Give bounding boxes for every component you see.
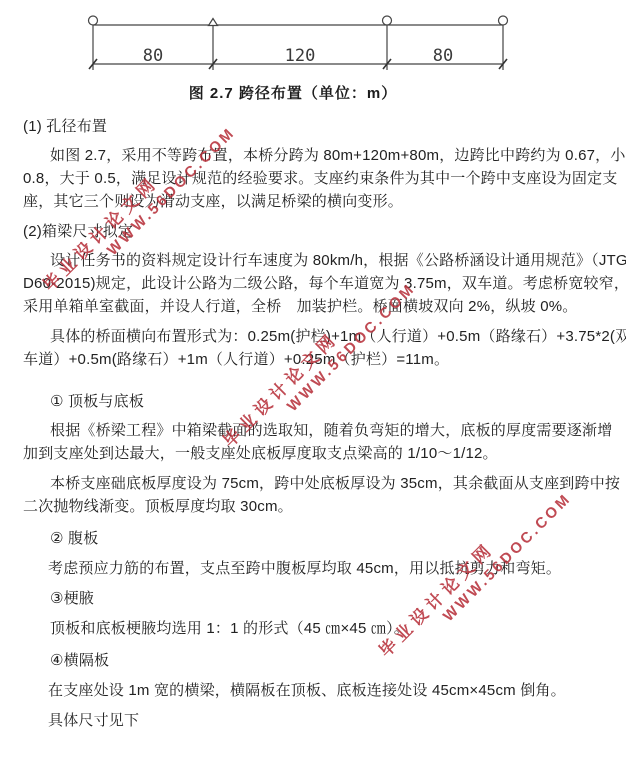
item-heading: ① 顶板与底板	[50, 393, 144, 411]
watermark-url: WWW.56DOC.COM	[440, 490, 575, 625]
paragraph-line: 具体的桥面横向布置形式为：0.25m(护栏)+1m（人行道）+0.5m（路缘石）…	[50, 328, 626, 346]
list-heading: (1) 孔径布置	[23, 118, 107, 136]
roller-support-icon	[383, 16, 392, 25]
document-page: 80 120 80 图 2.7 跨径布置（单位：m） (1) 孔径布置 如图 2…	[0, 0, 626, 762]
paragraph-line: 采用单箱单室截面，并设人行道，全桥 加装护栏。桥面横坡双向 2%，纵坡 0%。	[23, 298, 578, 316]
paragraph-line: 考虑预应力筋的布置，支点至跨中腹板厚均取 45cm，用以抵抗剪力和弯矩。	[48, 560, 561, 578]
item-heading: ② 腹板	[50, 530, 98, 548]
paragraph-line: 加到支座处到达最大，一般支座处底板厚度取支点梁高的 1/10～1/12。	[23, 445, 498, 463]
paragraph-line: 车道）+0.5m(路缘石）+1m（人行道）+0.25m（护栏）=11m。	[23, 351, 449, 369]
paragraph-line: D60-2015)规定，此设计公路为二级公路，每个车道宽为 3.75m，双车道。…	[23, 275, 626, 293]
paragraph-line: 在支座处设 1m 宽的横梁，横隔板在顶板、底板连接处设 45cm×45cm 倒角…	[48, 682, 566, 700]
paragraph-line: 0.8，大于 0.5，满足设计规范的经验要求。支座约束条件为其中一个跨中支座设为…	[23, 170, 617, 188]
paragraph-line: 设计任务书的资料规定设计行车速度为 80km/h，根据《公路桥涵设计通用规范》（…	[50, 252, 626, 270]
span-label: 80	[143, 46, 163, 66]
paragraph-line: 本桥支座础底板厚度设为 75cm，跨中处底板厚设为 35cm，其余截面从支座到跨…	[50, 475, 620, 493]
span-label: 80	[433, 46, 453, 66]
paragraph-line: 根据《桥梁工程》中箱梁截面的选取知，随着负弯矩的增大，底板的厚度需要逐渐增	[50, 422, 612, 440]
fixed-support-icon	[209, 19, 218, 26]
roller-support-icon	[499, 16, 508, 25]
span-label: 120	[285, 46, 316, 66]
figure-caption: 图 2.7 跨径布置（单位：m）	[0, 82, 586, 103]
item-heading: ③梗腋	[50, 590, 94, 608]
list-heading: (2)箱梁尺寸拟定	[23, 223, 133, 241]
paragraph-line: 顶板和底板梗腋均选用 1：1 的形式（45 ㎝×45 ㎝）。	[50, 620, 409, 638]
item-heading: ④横隔板	[50, 652, 109, 670]
paragraph-line: 二次抛物线渐变。顶板厚度均取 30cm。	[23, 498, 293, 516]
paragraph-line: 如图 2.7，采用不等跨布置，本桥分跨为 80m+120m+80m，边跨比中跨约…	[50, 147, 626, 165]
paragraph-line: 具体尺寸见下	[48, 712, 139, 730]
roller-support-icon	[89, 16, 98, 25]
paragraph-line: 座，其它三个则设为滑动支座，以满足桥梁的横向变形。	[23, 193, 403, 211]
